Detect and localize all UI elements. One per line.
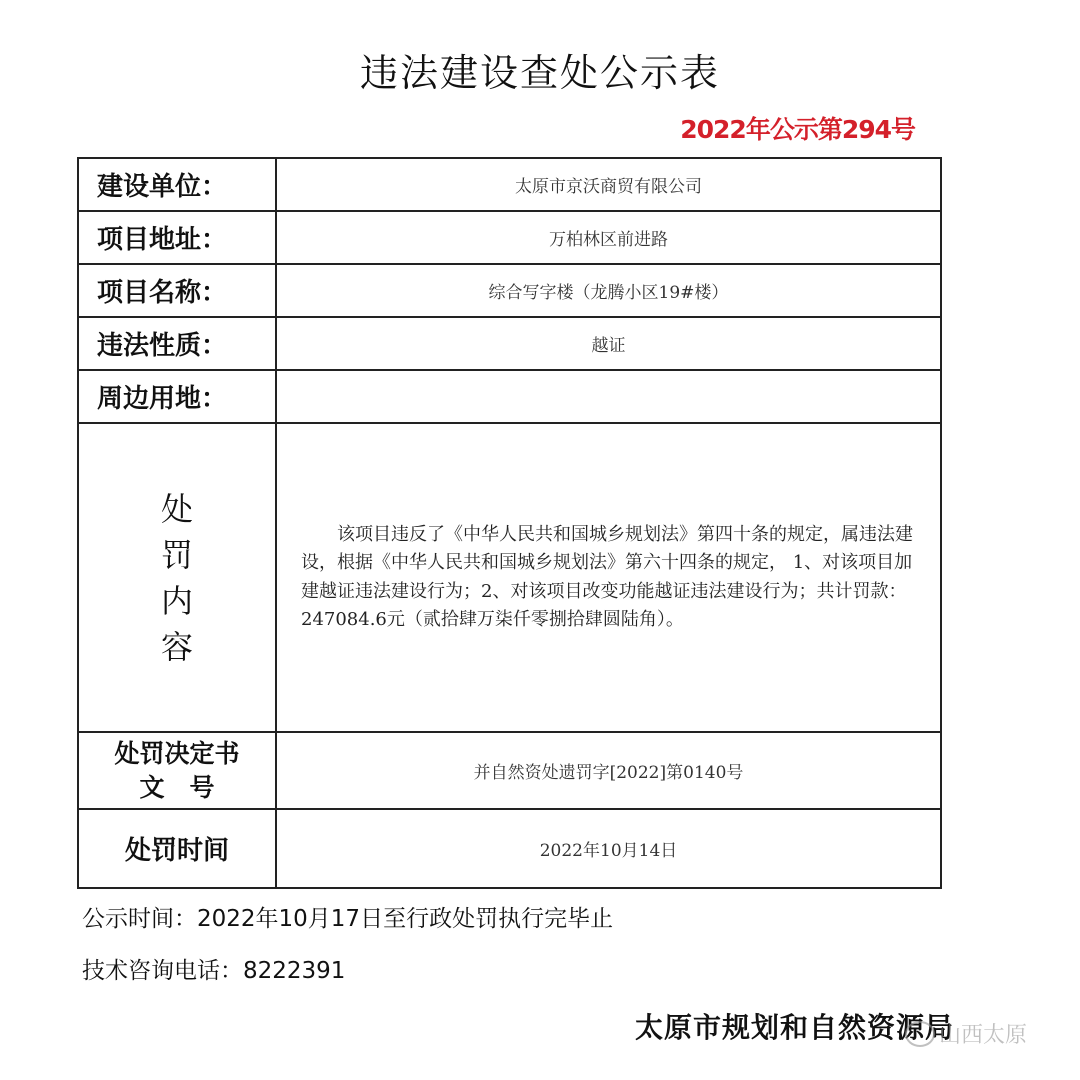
table-row-penalty-date: 处罚时间 2022年10月14日 <box>78 809 941 888</box>
table-row-surrounding-land: 周边用地： <box>78 370 941 423</box>
value-penalty-content: 该项目违反了《中华人民共和国城乡规划法》第四十条的规定，属违法建设，根据《中华人… <box>276 423 941 732</box>
label-penalty-date: 处罚时间 <box>78 809 276 888</box>
label-surrounding-land: 周边用地： <box>78 370 276 423</box>
value-violation-type: 越证 <box>276 317 941 370</box>
label-char: 内 <box>161 578 193 624</box>
label-char: 容 <box>161 624 193 670</box>
label-char: 处 <box>161 486 193 532</box>
label-decision-number: 处罚决定书 文 号 <box>78 732 276 809</box>
value-builder: 太原市京沃商贸有限公司 <box>276 158 941 211</box>
notice-number: 2022年公示第294号 <box>680 110 915 146</box>
value-address: 万柏林区前进路 <box>276 211 941 264</box>
watermark: 山西太原 <box>905 1018 1027 1049</box>
table-row-decision-number: 处罚决定书 文 号 并自然资处遗罚字[2022]第0140号 <box>78 732 941 809</box>
label-builder: 建设单位： <box>78 158 276 211</box>
consultation-hotline: 技术咨询电话：8222391 <box>82 952 345 985</box>
document-title: 违法建设查处公示表 <box>0 42 1080 97</box>
violation-table: 建设单位： 太原市京沃商贸有限公司 项目地址： 万柏林区前进路 项目名称： 综合… <box>77 157 942 889</box>
table-row-builder: 建设单位： 太原市京沃商贸有限公司 <box>78 158 941 211</box>
label-line: 处罚决定书 <box>79 737 275 771</box>
table-row-violation-type: 违法性质： 越证 <box>78 317 941 370</box>
publicity-period: 公示时间：2022年10月17日至行政处罚执行完毕止 <box>82 900 613 933</box>
label-address: 项目地址： <box>78 211 276 264</box>
table-row-address: 项目地址： 万柏林区前进路 <box>78 211 941 264</box>
value-decision-number: 并自然资处遗罚字[2022]第0140号 <box>276 732 941 809</box>
label-penalty-content: 处 罚 内 容 <box>78 423 276 732</box>
value-surrounding-land <box>276 370 941 423</box>
value-project-name: 综合写字楼（龙腾小区19#楼） <box>276 264 941 317</box>
value-penalty-date: 2022年10月14日 <box>276 809 941 888</box>
label-char: 罚 <box>161 532 193 578</box>
penalty-paragraph: 该项目违反了《中华人民共和国城乡规划法》第四十条的规定，属违法建设，根据《中华人… <box>277 521 940 635</box>
label-line: 文 号 <box>79 771 275 805</box>
wechat-icon <box>905 1021 935 1047</box>
watermark-text: 山西太原 <box>939 1018 1027 1049</box>
table-row-project-name: 项目名称： 综合写字楼（龙腾小区19#楼） <box>78 264 941 317</box>
label-violation-type: 违法性质： <box>78 317 276 370</box>
label-project-name: 项目名称： <box>78 264 276 317</box>
table-row-penalty-content: 处 罚 内 容 该项目违反了《中华人民共和国城乡规划法》第四十条的规定，属违法建… <box>78 423 941 732</box>
